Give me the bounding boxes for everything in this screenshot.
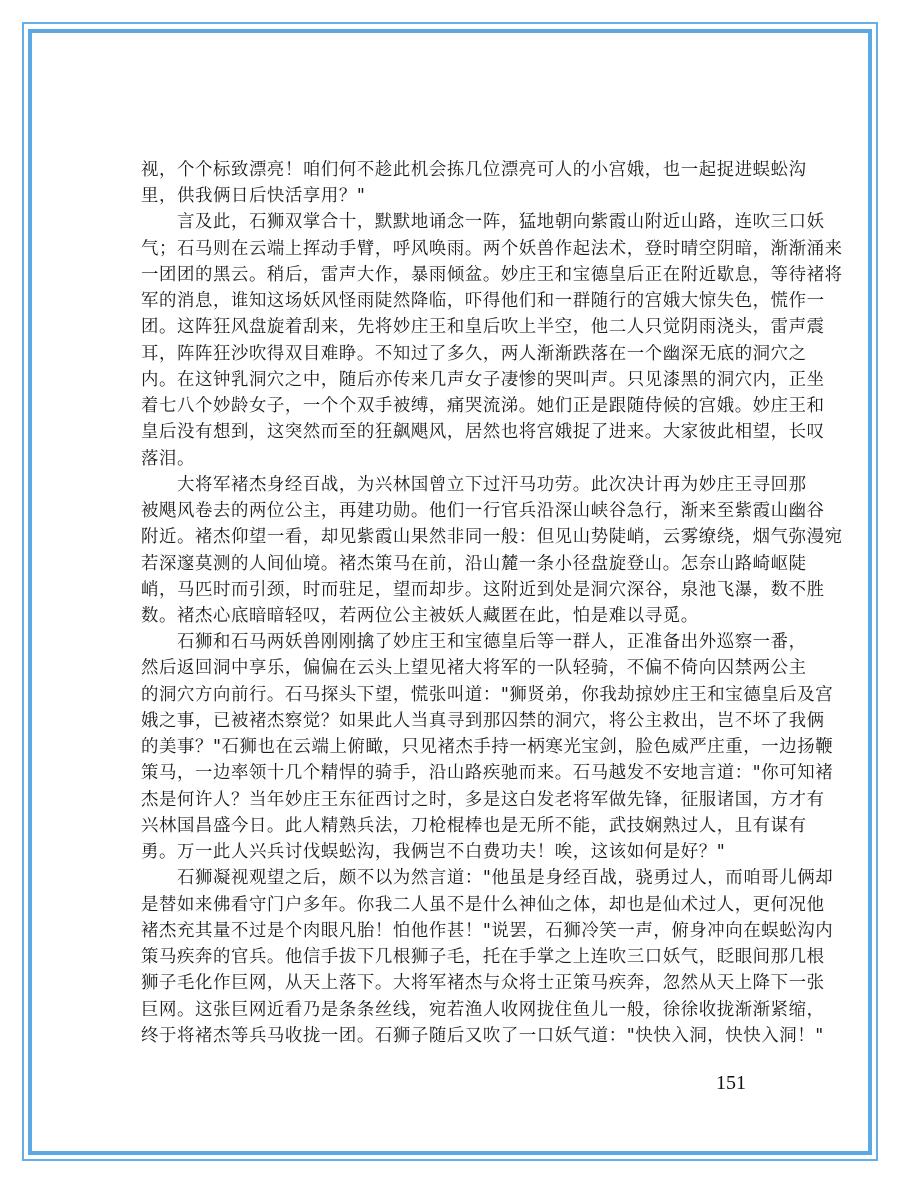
text-line: 勇。万一此人兴兵讨伐蜈蚣沟，我俩岂不白费功夫！唉，这该如何是好？" — [141, 839, 763, 865]
text-line: 终于将褚杰等兵马收拢一团。石狮子随后又吹了一口妖气道："快快入洞，快快入洞！" — [141, 1023, 763, 1049]
text-line: 褚杰充其量不过是个肉眼凡胎！怕他作甚！"说罢，石狮冷笑一声，俯身冲向在蜈蚣沟内 — [141, 918, 763, 944]
text-line: 内。在这钟乳洞穴之中，随后亦传来几声女子凄惨的哭叫声。只见漆黑的洞穴内，正坐 — [141, 367, 763, 393]
text-line: 狮子毛化作巨网，从天上落下。大将军褚杰与众将士正策马疾奔，忽然从天上降下一张 — [141, 970, 763, 996]
text-line: 若深邃莫测的人间仙境。褚杰策马在前，沿山麓一条小径盘旋登山。怎奈山路崎岖陡 — [141, 551, 763, 577]
text-line: 一团团的黑云。稍后，雷声大作，暴雨倾盆。妙庄王和宝德皇后正在附近歇息，等待褚将 — [141, 262, 763, 288]
text-line: 的洞穴方向前行。石马探头下望，慌张叫道："狮贤弟，你我劫掠妙庄王和宝德皇后及宫 — [141, 682, 763, 708]
text-line: 策马，一边率领十几个精悍的骑手，沿山路疾驰而来。石马越发不安地言道："你可知褚 — [141, 760, 763, 786]
text-line: 团。这阵狂风盘旋着刮来，先将妙庄王和皇后吹上半空，他二人只觉阴雨浇头，雷声震 — [141, 314, 763, 340]
text-line: 军的消息，谁知这场妖风怪雨陡然降临，吓得他们和一群随行的宫娥大惊失色，慌作一 — [141, 288, 763, 314]
text-line: 言及此，石狮双掌合十，默默地诵念一阵，猛地朝向紫霞山附近山路，连吹三口妖 — [141, 209, 763, 235]
text-line: 是替如来佛看守门户多年。你我二人虽不是什么神仙之体，却也是仙术过人，更何况他 — [141, 892, 763, 918]
text-line: 娥之事，已被褚杰察觉？如果此人当真寻到那囚禁的洞穴，将公主救出，岂不坏了我俩 — [141, 708, 763, 734]
text-line: 的美事？"石狮也在云端上俯瞰，只见褚杰手持一柄寒光宝剑，脸色威严庄重，一边扬鞭 — [141, 734, 763, 760]
text-line: 策马疾奔的官兵。他信手拔下几根狮子毛，托在手掌之上连吹三口妖气，眨眼间那几根 — [141, 944, 763, 970]
text-line: 大将军褚杰身经百战，为兴林国曾立下过汗马功劳。此次决计再为妙庄王寻回那 — [141, 472, 763, 498]
text-line: 石狮凝视观望之后，颇不以为然言道："他虽是身经百战，骁勇过人，而咱哥儿俩却 — [141, 865, 763, 891]
text-line: 巨网。这张巨网近看乃是条条丝线，宛若渔人收网拢住鱼儿一般，徐徐收拢渐渐紧缩， — [141, 997, 763, 1023]
text-line: 气；石马则在云端上挥动手臂，呼风唤雨。两个妖兽作起法术，登时晴空阴暗，渐渐涌来 — [141, 236, 763, 262]
text-line: 里，供我俩日后快活享用？" — [141, 183, 763, 209]
text-line: 石狮和石马两妖兽刚刚擒了妙庄王和宝德皇后等一群人，正准备出外巡察一番， — [141, 629, 763, 655]
text-line: 着七八个妙龄女子，一个个双手被缚，痛哭流涕。她们正是跟随侍候的宫娥。妙庄王和 — [141, 393, 763, 419]
body-text: 视，个个标致漂亮！咱们何不趁此机会拣几位漂亮可人的小宫娥，也一起捉进蜈蚣沟里，供… — [141, 157, 763, 1049]
text-line: 皇后没有想到，这突然而至的狂飙飓风，居然也将宫娥捉了进来。大家彼此相望，长叹 — [141, 419, 763, 445]
page-number: 151 — [716, 1072, 746, 1095]
text-line: 然后返回洞中享乐，偏偏在云头上望见褚大将军的一队轻骑，不偏不倚向囚禁两公主 — [141, 655, 763, 681]
text-line: 耳，阵阵狂沙吹得双目难睁。不知过了多久，两人渐渐跌落在一个幽深无底的洞穴之 — [141, 341, 763, 367]
text-line: 峭，马匹时而引颈，时而驻足，望而却步。这附近到处是洞穴深谷，泉池飞瀑，数不胜 — [141, 577, 763, 603]
text-line: 被飓风卷去的两位公主，再建功勋。他们一行官兵沿深山峡谷急行，渐来至紫霞山幽谷 — [141, 498, 763, 524]
text-line: 视，个个标致漂亮！咱们何不趁此机会拣几位漂亮可人的小宫娥，也一起捉进蜈蚣沟 — [141, 157, 763, 183]
text-line: 杰是何许人？当年妙庄王东征西讨之时，多是这白发老将军做先锋，征服诸国，方才有 — [141, 787, 763, 813]
text-line: 附近。褚杰仰望一看，却见紫霞山果然非同一般：但见山势陡峭，云雾缭绕，烟气弥漫宛 — [141, 524, 763, 550]
text-line: 兴林国昌盛今日。此人精熟兵法，刀枪棍棒也是无所不能，武技娴熟过人，且有谋有 — [141, 813, 763, 839]
text-line: 数。褚杰心底暗暗轻叹，若两位公主被妖人藏匿在此，怕是难以寻觅。 — [141, 603, 763, 629]
text-line: 落泪。 — [141, 446, 763, 472]
